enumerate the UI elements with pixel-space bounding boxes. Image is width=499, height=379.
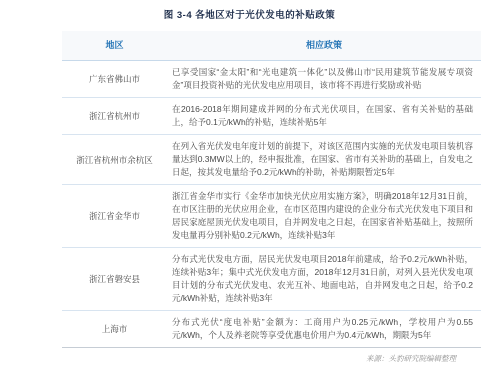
region-cell: 浙江省磐安县: [62, 248, 167, 311]
table-row: 浙江省磐安县 分布式光伏发电方面，居民光伏发电项目2018年前建成，给予0.2元…: [62, 248, 481, 311]
region-cell: 浙江省杭州市余杭区: [62, 135, 167, 185]
table-row: 浙江省杭州市 在2016-2018年期间建成并网的分布式光伏项目，在国家、省有关…: [62, 98, 481, 135]
table-row: 广东省佛山市 已享受国家“金太阳”和“光电建筑一体化”以及佛山市“民用建筑节能发…: [62, 61, 481, 98]
policy-cell: 在2016-2018年期间建成并网的分布式光伏项目，在国家、省有关补贴的基础上，…: [167, 98, 481, 135]
region-cell: 浙江省杭州市: [62, 98, 167, 135]
table-row: 浙江省金华市 浙江省金华市实行《金华市加快光伏应用实施方案》，明确2018年12…: [62, 185, 481, 248]
policy-cell: 浙江省金华市实行《金华市加快光伏应用实施方案》，明确2018年12月31日前，在…: [167, 185, 481, 248]
source-note: 来源：头豹研究院编辑整理: [0, 353, 456, 364]
policy-cell: 已享受国家“金太阳”和“光电建筑一体化”以及佛山市“民用建筑节能发展专项资金”项…: [167, 61, 481, 98]
policy-cell: 分布式光伏发电方面，居民光伏发电项目2018年前建成，给予0.2元/kWh补贴，…: [167, 248, 481, 311]
figure-title: 图 3-4 各地区对于光伏发电的补贴政策: [0, 0, 499, 21]
policy-cell: 分布式光伏“度电补贴”金额为：工商用户为0.25元/kWh，学校用户为0.55元…: [167, 311, 481, 348]
region-cell: 广东省佛山市: [62, 61, 167, 98]
column-header-policy: 相应政策: [167, 31, 481, 61]
report-figure-page: 图 3-4 各地区对于光伏发电的补贴政策 地区 相应政策 广东省佛山市 已享受国…: [0, 0, 499, 379]
table-row: 上海市 分布式光伏“度电补贴”金额为：工商用户为0.25元/kWh，学校用户为0…: [62, 311, 481, 348]
subsidy-policy-table: 地区 相应政策 广东省佛山市 已享受国家“金太阳”和“光电建筑一体化”以及佛山市…: [62, 31, 481, 348]
table-header-row: 地区 相应政策: [62, 31, 481, 61]
column-header-region: 地区: [62, 31, 167, 61]
region-cell: 上海市: [62, 311, 167, 348]
region-cell: 浙江省金华市: [62, 185, 167, 248]
table-row: 浙江省杭州市余杭区 在列入省光伏发电年度计划的前提下，对该区范围内实施的光伏发电…: [62, 135, 481, 185]
policy-cell: 在列入省光伏发电年度计划的前提下，对该区范围内实施的光伏发电项目装机容量达到0.…: [167, 135, 481, 185]
